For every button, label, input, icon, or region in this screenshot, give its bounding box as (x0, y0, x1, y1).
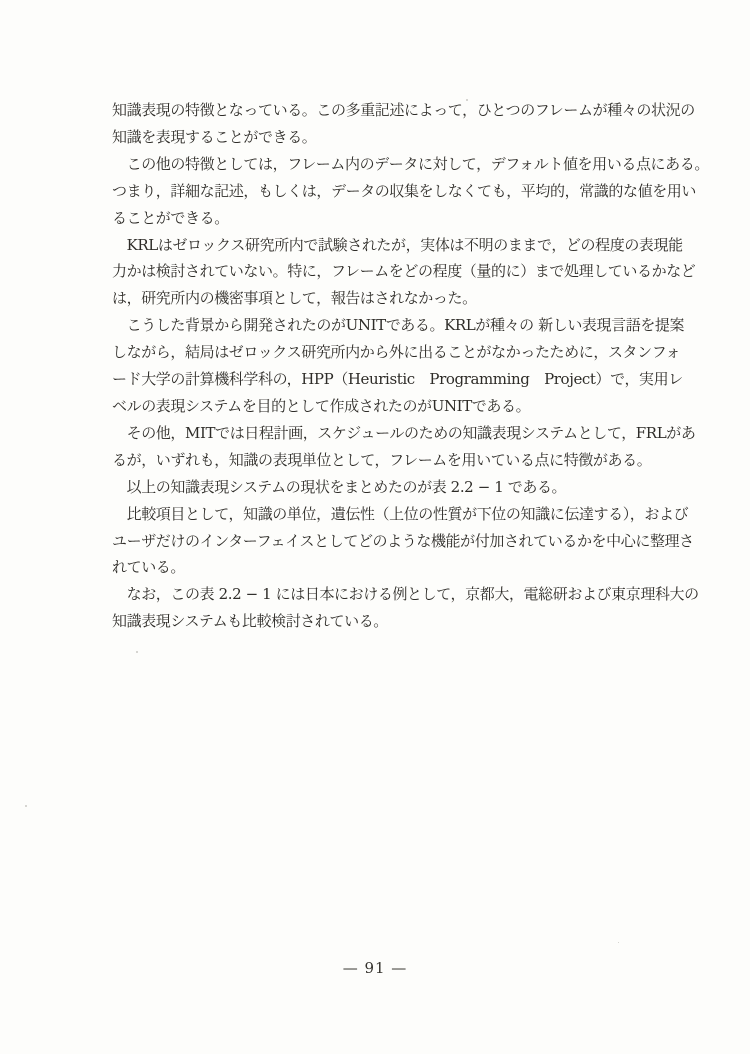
text-line: その他，MITでは日程計画，スケジュールのための知識表現システムとして，FRLが… (112, 420, 718, 447)
scan-speck (466, 99, 468, 101)
text-line: るが，いずれも，知識の表現単位として，フレームを用いている点に特徴がある。 (112, 447, 718, 474)
text-line: ード大学の計算機科学科の，HPP（Heuristic Programming P… (112, 366, 718, 393)
scan-speck (25, 805, 27, 807)
scanned-document-page: 知識表現の特徴となっている。この多重記述によって，ひとつのフレームが種々の状況の… (0, 0, 750, 1054)
text-line: 力かは検討されていない。特に，フレームをどの程度（量的に）まで処理しているかなど (112, 258, 718, 285)
text-line: 知識を表現することができる。 (112, 124, 718, 151)
scan-speck (136, 651, 138, 653)
scan-speck (618, 942, 619, 943)
text-line: 比較項目として，知識の単位，遺伝性（上位の性質が下位の知識に伝達する），および (112, 501, 718, 528)
body-text: 知識表現の特徴となっている。この多重記述によって，ひとつのフレームが種々の状況の… (112, 97, 718, 635)
text-line: れている。 (112, 554, 718, 581)
text-line: 以上の知識表現システムの現状をまとめたのが表 2.2 − 1 である。 (112, 474, 718, 501)
text-line: は，研究所内の機密事項として，報告はされなかった。 (112, 285, 718, 312)
text-line: ることができる。 (112, 205, 718, 232)
text-line: なお，この表 2.2 − 1 には日本における例として，京都大，電総研および東京… (112, 581, 718, 608)
text-line: つまり，詳細な記述，もしくは，データの収集をしなくても，平均的，常識的な値を用い (112, 178, 718, 205)
text-line: ユーザだけのインターフェイスとしてどのような機能が付加されているかを中心に整理さ (112, 528, 718, 555)
text-line: 知識表現の特徴となっている。この多重記述によって，ひとつのフレームが種々の状況の (112, 97, 718, 124)
text-line: こうした背景から開発されたのがUNITである。KRLが種々の 新しい表現言語を提… (112, 312, 718, 339)
text-line: ベルの表現システムを目的として作成されたのがUNITである。 (112, 393, 718, 420)
text-line: しながら，結局はゼロックス研究所内から外に出ることがなかったために，スタンフォ (112, 339, 718, 366)
text-line: この他の特徴としては，フレーム内のデータに対して，デフォルト値を用いる点にある。 (112, 151, 718, 178)
page-number: — 91 — (0, 959, 750, 977)
text-line: 知識表現システムも比較検討されている。 (112, 608, 718, 635)
text-line: KRLはゼロックス研究所内で試験されたが，実体は不明のままで，どの程度の表現能 (112, 232, 718, 259)
